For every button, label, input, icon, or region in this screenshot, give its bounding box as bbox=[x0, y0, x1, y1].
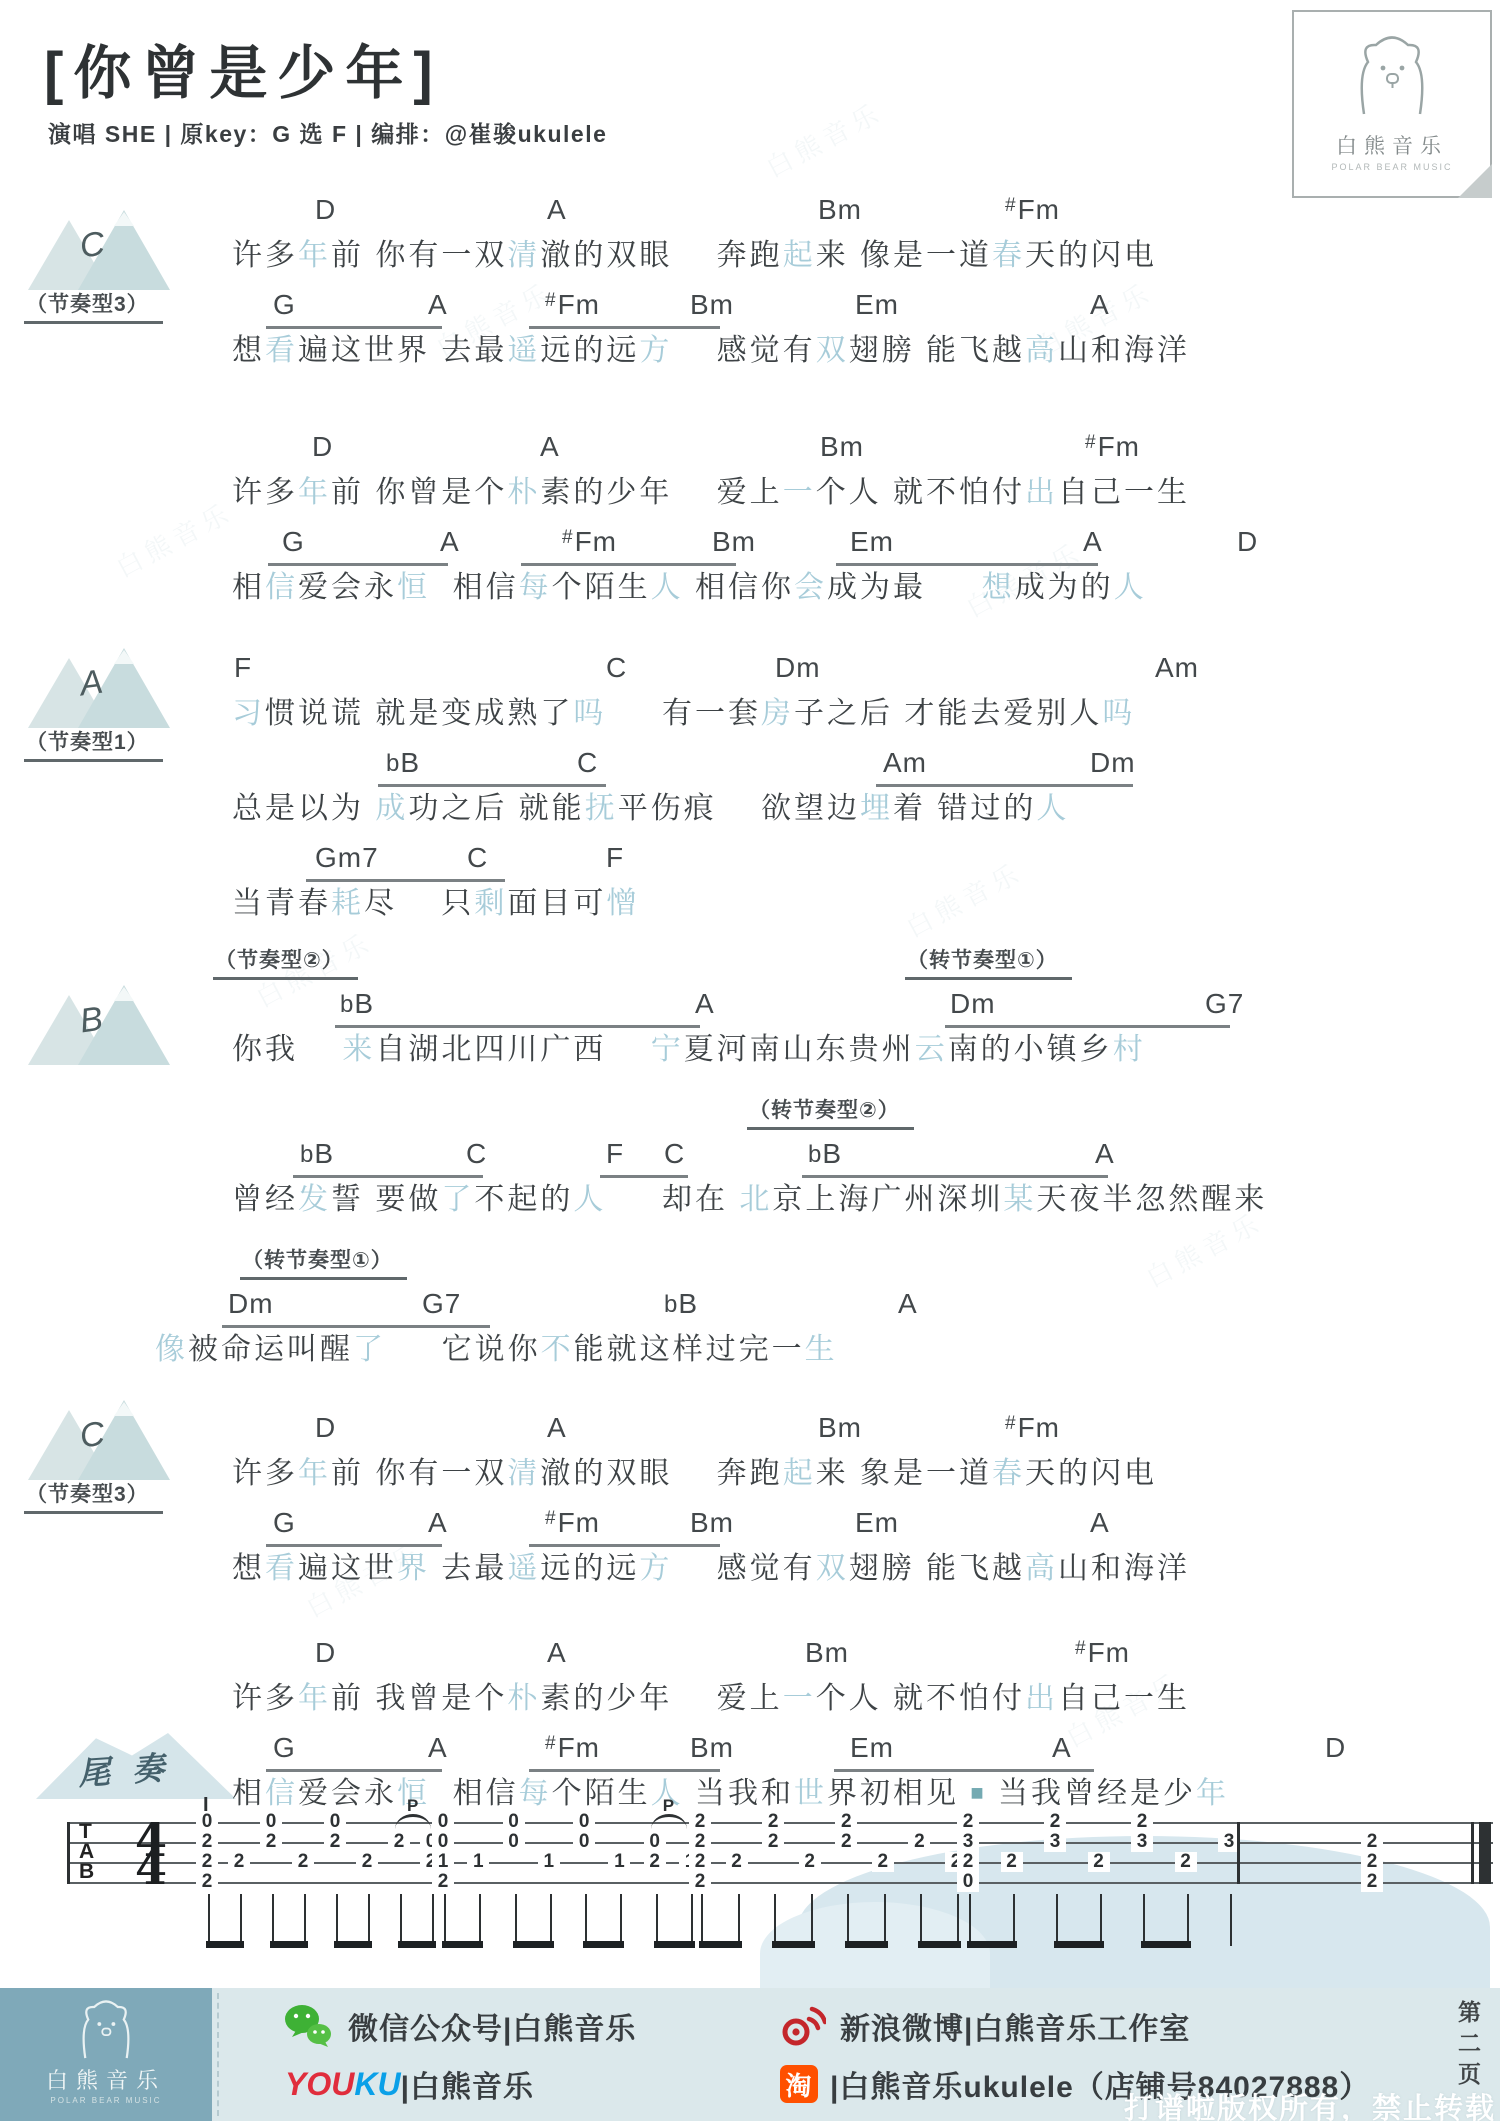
tab-staff-line bbox=[67, 1882, 1493, 1884]
chord-label: Gm7 bbox=[315, 844, 379, 872]
youku-label: |白熊音乐 bbox=[401, 2062, 534, 2106]
note-beam bbox=[398, 1941, 436, 1948]
chord-label: Bm bbox=[690, 1509, 734, 1537]
mountain-snowcap bbox=[114, 987, 134, 1001]
chord-underline bbox=[306, 879, 505, 882]
tab-final-bar-thick bbox=[1479, 1822, 1491, 1884]
tab-fret-number: 2 bbox=[196, 1832, 218, 1852]
tab-fret-number: 0 bbox=[957, 1872, 979, 1892]
chord-label: A bbox=[547, 1414, 567, 1442]
copyright-watermark: 打谱啦版权所有，禁止转载 bbox=[1124, 2086, 1496, 2121]
chord-underline bbox=[222, 1325, 490, 1328]
note-beam bbox=[442, 1941, 483, 1948]
tab-fret-number: 2 bbox=[196, 1872, 218, 1892]
chord-label: #Fm bbox=[1075, 1639, 1130, 1667]
chord-underline bbox=[834, 1769, 1094, 1772]
section-letter: C bbox=[77, 224, 107, 266]
note-stem bbox=[432, 1894, 434, 1946]
tab-fret-number: 2 bbox=[835, 1812, 857, 1832]
tab-fret-number: 2 bbox=[957, 1812, 979, 1832]
note-stem bbox=[656, 1894, 658, 1946]
note-stem bbox=[479, 1894, 481, 1946]
youku-row: YOUKU |白熊音乐 bbox=[285, 2060, 534, 2108]
lyric-line: 相信爱会永恒 相信每个陌生人 相信你会成为最 想成为的人 bbox=[232, 570, 1147, 606]
section-letter: B bbox=[77, 1000, 105, 1042]
tab-fret-number: 2 bbox=[228, 1852, 250, 1872]
chord-label: #Fm bbox=[545, 1509, 600, 1537]
chord-label: F bbox=[606, 844, 624, 872]
note-stem bbox=[774, 1894, 776, 1946]
chord-label: Am bbox=[1155, 654, 1199, 682]
chord-label: A bbox=[440, 528, 460, 556]
chord-underline bbox=[529, 1769, 720, 1772]
chord-label: #Fm bbox=[1005, 1414, 1060, 1442]
outro-badge: 尾奏 bbox=[36, 1733, 236, 1799]
ukulele-tab-staff: TAB44I0222202202220200121001001021222222… bbox=[67, 1822, 1493, 1952]
note-stem bbox=[811, 1894, 813, 1946]
chord-label: Em bbox=[855, 1509, 899, 1537]
tab-fret-number: 0 bbox=[196, 1812, 218, 1832]
tab-bar-line bbox=[1237, 1822, 1240, 1884]
chord-label: F bbox=[606, 1140, 624, 1168]
note-stem bbox=[444, 1894, 446, 1946]
section-badge: C bbox=[28, 1400, 170, 1480]
section-badge: B bbox=[28, 985, 170, 1065]
tab-fret-number: 2 bbox=[726, 1852, 748, 1872]
tab-fret-number: 2 bbox=[689, 1832, 711, 1852]
footer-brand-sub: POLAR BEAR MUSIC bbox=[0, 2096, 212, 2105]
tab-fret-number: 2 bbox=[872, 1852, 894, 1872]
chord-underline bbox=[876, 784, 1133, 787]
tab-fret-number: 2 bbox=[908, 1832, 930, 1852]
section-letter: A bbox=[77, 663, 105, 705]
chord-underline bbox=[521, 563, 736, 566]
polar-bear-icon bbox=[66, 1990, 146, 2064]
background-watermark: 白熊音乐 bbox=[899, 852, 1029, 945]
time-signature: 4 bbox=[135, 1845, 167, 1891]
note-beam bbox=[1141, 1941, 1191, 1948]
chord-underline bbox=[266, 1769, 442, 1772]
note-beam bbox=[845, 1941, 888, 1948]
note-beam bbox=[918, 1941, 961, 1948]
section-badge: A bbox=[28, 648, 170, 728]
tab-fret-number: 1 bbox=[467, 1852, 489, 1872]
tab-clef-letter: A bbox=[79, 1842, 94, 1862]
tab-fret-number: 0 bbox=[432, 1812, 454, 1832]
lyric-line: 当青春耗尽 只剩面目可憎 bbox=[232, 886, 639, 922]
note-stem bbox=[847, 1894, 849, 1946]
weibo-row: 新浪微博|白熊音乐工作室 bbox=[778, 2002, 1190, 2050]
lyric-line: 你我 来自湖北四川广西 宁夏河南山东贵州云南的小镇乡村 bbox=[232, 1032, 1146, 1068]
lyric-line: 想看遍这世界 去最遥远的远方 感觉有双翅膀 能飞越高山和海洋 bbox=[232, 333, 1190, 369]
note-beam bbox=[206, 1941, 244, 1948]
note-beam bbox=[699, 1941, 742, 1948]
tab-bar-line bbox=[67, 1822, 70, 1884]
footer-divider bbox=[217, 1993, 219, 2116]
slur-arc bbox=[395, 1814, 431, 1829]
background-watermark: 白熊音乐 bbox=[759, 92, 889, 185]
mountain-snowcap bbox=[114, 650, 134, 664]
folded-corner bbox=[1458, 164, 1492, 198]
footer-brand-box: 白熊音乐 POLAR BEAR MUSIC bbox=[0, 1988, 212, 2121]
tab-fret-number: 2 bbox=[644, 1852, 666, 1872]
mountain-snowcap bbox=[114, 1402, 134, 1416]
song-title: [你曾是少年] bbox=[44, 26, 443, 110]
chord-label: Bm bbox=[690, 1734, 734, 1762]
chord-label: A bbox=[1052, 1734, 1072, 1762]
chord-label: D bbox=[1325, 1734, 1346, 1762]
chord-label: A bbox=[695, 990, 715, 1018]
tab-fret-number: 2 bbox=[1044, 1812, 1066, 1832]
lyric-line: 想看遍这世界 去最遥远的远方 感觉有双翅膀 能飞越高山和海洋 bbox=[232, 1551, 1190, 1587]
tab-fret-number: 2 bbox=[324, 1832, 346, 1852]
lyric-line: 习惯说谎 就是变成熟了吗 有一套房子之后 才能去爱别人吗 bbox=[232, 696, 1135, 732]
chord-label: Dm bbox=[228, 1290, 274, 1318]
note-beam bbox=[334, 1941, 372, 1948]
chord-label: A bbox=[547, 196, 567, 224]
wechat-row: 微信公众号|白熊音乐 bbox=[282, 2002, 636, 2050]
note-stem bbox=[515, 1894, 517, 1946]
tab-fret-number: 1 bbox=[432, 1852, 454, 1872]
rhythm-pattern-label: （转节奏型①） bbox=[240, 1244, 407, 1280]
chord-label: bB bbox=[300, 1140, 334, 1168]
chord-label: D bbox=[315, 196, 336, 224]
chord-underline bbox=[266, 1544, 442, 1547]
chord-underline bbox=[266, 326, 442, 329]
section-badge: C bbox=[28, 210, 170, 290]
tab-fret-number: 2 bbox=[689, 1852, 711, 1872]
tab-fret-number: 2 bbox=[1361, 1852, 1383, 1872]
chord-label: bB bbox=[808, 1140, 842, 1168]
chord-label: A bbox=[428, 1734, 448, 1762]
tab-fret-number: 2 bbox=[689, 1812, 711, 1832]
brand-name: 白熊音乐 bbox=[1294, 130, 1490, 160]
chord-label: A bbox=[1090, 291, 1110, 319]
tab-fret-number: 0 bbox=[573, 1832, 595, 1852]
chord-label: bB bbox=[664, 1290, 698, 1318]
rhythm-pattern-label: （节奏型1） bbox=[24, 726, 163, 762]
tab-fret-number: 2 bbox=[1088, 1852, 1110, 1872]
chord-label: C bbox=[577, 749, 598, 777]
note-stem bbox=[368, 1894, 370, 1946]
chord-label: A bbox=[540, 433, 560, 461]
tab-clef-letter: B bbox=[79, 1862, 94, 1882]
rhythm-pattern-label: （转节奏型①） bbox=[905, 944, 1072, 980]
note-stem bbox=[920, 1894, 922, 1946]
pulloff-mark: P bbox=[663, 1796, 674, 1816]
chord-label: Am bbox=[883, 749, 927, 777]
chord-label: #Fm bbox=[1005, 196, 1060, 224]
rhythm-pattern-label: （节奏型3） bbox=[24, 288, 163, 324]
chord-label: Bm bbox=[818, 196, 862, 224]
tab-fret-number: 2 bbox=[1131, 1812, 1153, 1832]
chord-label: Dm bbox=[775, 654, 821, 682]
tab-fret-number: 1 bbox=[608, 1852, 630, 1872]
chord-underline bbox=[600, 1175, 688, 1178]
tab-fret-number: 2 bbox=[1361, 1832, 1383, 1852]
chord-label: Bm bbox=[820, 433, 864, 461]
note-stem bbox=[738, 1894, 740, 1946]
tab-fret-number: 0 bbox=[503, 1832, 525, 1852]
tab-fret-number: 2 bbox=[1175, 1852, 1197, 1872]
chord-label: Em bbox=[855, 291, 899, 319]
tab-fret-number: 2 bbox=[432, 1872, 454, 1892]
note-stem bbox=[701, 1894, 703, 1946]
tab-final-bar-thin bbox=[1471, 1822, 1474, 1884]
lyric-line: 许多年前 你有一双清澈的双眼 奔跑起来 像是一道春天的闪电 bbox=[232, 238, 1157, 274]
chord-label: D bbox=[315, 1639, 336, 1667]
tab-fret-number: 0 bbox=[644, 1832, 666, 1852]
chord-label: #Fm bbox=[562, 528, 617, 556]
section-letter: C bbox=[77, 1414, 107, 1456]
lyric-line: 许多年前 你有一双清澈的双眼 奔跑起来 象是一道春天的闪电 bbox=[232, 1456, 1157, 1492]
chord-label: #Fm bbox=[1085, 433, 1140, 461]
note-stem bbox=[272, 1894, 274, 1946]
note-stem bbox=[1013, 1894, 1015, 1946]
tab-fret-number: 2 bbox=[762, 1832, 784, 1852]
tab-fret-number: 3 bbox=[1044, 1832, 1066, 1852]
tab-fret-number: 2 bbox=[196, 1852, 218, 1872]
note-stem bbox=[550, 1894, 552, 1946]
note-beam bbox=[967, 1941, 1017, 1948]
chord-underline bbox=[335, 1025, 700, 1028]
chord-label: C bbox=[606, 654, 627, 682]
chord-label: Bm bbox=[690, 291, 734, 319]
tab-fret-number: 0 bbox=[573, 1812, 595, 1832]
chord-label: Bm bbox=[805, 1639, 849, 1667]
chord-label: G bbox=[273, 291, 296, 319]
note-stem bbox=[585, 1894, 587, 1946]
wechat-icon bbox=[282, 2003, 334, 2049]
rhythm-pattern-label: （节奏型②） bbox=[213, 944, 358, 980]
weibo-label: 新浪微博|白熊音乐工作室 bbox=[840, 2004, 1190, 2048]
note-beam bbox=[1054, 1941, 1104, 1948]
polar-bear-icon bbox=[1342, 22, 1442, 122]
tab-fret-number: 0 bbox=[324, 1812, 346, 1832]
lyric-line: 曾经发誓 要做了不起的人 却在 北京上海广州深圳某天夜半忽然醒来 bbox=[232, 1182, 1267, 1218]
note-stem bbox=[336, 1894, 338, 1946]
lyric-line: 总是以为 成功之后 就能抚平伤痕 欲望边埋着 错过的人 bbox=[232, 791, 1069, 827]
chord-label: C bbox=[466, 1140, 487, 1168]
mountain-snowcap bbox=[114, 212, 134, 226]
background-watermark: 白熊音乐 bbox=[109, 492, 239, 585]
chord-label: A bbox=[1095, 1140, 1115, 1168]
tab-fret-number: 2 bbox=[1361, 1872, 1383, 1892]
chord-label: D bbox=[315, 1414, 336, 1442]
lyric-line: 相信爱会永恒 相信每个陌生人 当我和世界初相见 ■ 当我曾经是少年 bbox=[232, 1776, 1229, 1812]
tab-fret-number: 2 bbox=[799, 1852, 821, 1872]
note-stem bbox=[969, 1894, 971, 1946]
tab-fret-number: 0 bbox=[503, 1812, 525, 1832]
chord-underline bbox=[802, 1175, 1108, 1178]
chord-underline bbox=[268, 563, 448, 566]
tab-fret-number: 2 bbox=[260, 1832, 282, 1852]
note-beam bbox=[583, 1941, 624, 1948]
tab-fret-number: 2 bbox=[689, 1872, 711, 1892]
chord-label: bB bbox=[386, 749, 420, 777]
note-stem bbox=[884, 1894, 886, 1946]
tab-fret-number: 2 bbox=[388, 1832, 410, 1852]
chord-label: G bbox=[282, 528, 305, 556]
brand-note-card: 白熊音乐 POLAR BEAR MUSIC bbox=[1292, 10, 1492, 198]
tab-staff-line bbox=[67, 1862, 1493, 1864]
chord-label: D bbox=[1237, 528, 1258, 556]
chord-label: G7 bbox=[422, 1290, 461, 1318]
chord-label: A bbox=[1090, 1509, 1110, 1537]
note-stem bbox=[208, 1894, 210, 1946]
chord-underline bbox=[378, 784, 606, 787]
chord-label: A bbox=[547, 1639, 567, 1667]
song-credits: 演唱 SHE | 原key：G 选 F | 编排：@崔骏ukulele bbox=[48, 116, 607, 149]
chord-label: G bbox=[273, 1734, 296, 1762]
chord-label: A bbox=[428, 291, 448, 319]
wechat-label: 微信公众号|白熊音乐 bbox=[348, 2004, 636, 2048]
chord-label: #Fm bbox=[545, 1734, 600, 1762]
outro-label: 尾奏 bbox=[77, 1741, 188, 1794]
lyric-line: 像被命运叫醒了 它说你不能就这样过完一生 bbox=[155, 1332, 838, 1368]
tab-fret-number: 2 bbox=[292, 1852, 314, 1872]
chord-underline bbox=[529, 326, 720, 329]
chord-label: G7 bbox=[1205, 990, 1244, 1018]
youku-logo: YOUKU bbox=[285, 2066, 401, 2103]
note-beam bbox=[772, 1941, 815, 1948]
lyric-line: 许多年前 我曾是个朴素的少年 爱上一个人 就不怕付出自己一生 bbox=[232, 1681, 1190, 1717]
chord-underline bbox=[836, 563, 1098, 566]
chord-label: Bm bbox=[712, 528, 756, 556]
tab-fret-number: 2 bbox=[1001, 1852, 1023, 1872]
slur-arc bbox=[651, 1814, 687, 1829]
tab-fret-number: 2 bbox=[762, 1812, 784, 1832]
tab-fret-number: 1 bbox=[538, 1852, 560, 1872]
chord-label: C bbox=[467, 844, 488, 872]
chord-label: Em bbox=[850, 528, 894, 556]
chord-label: A bbox=[1083, 528, 1103, 556]
tab-fret-number: 0 bbox=[260, 1812, 282, 1832]
note-stem bbox=[1100, 1894, 1102, 1946]
footer-brand-name: 白熊音乐 bbox=[0, 2064, 212, 2095]
weibo-icon bbox=[778, 2003, 826, 2049]
note-stem bbox=[1056, 1894, 1058, 1946]
chord-label: F bbox=[234, 654, 252, 682]
note-stem bbox=[240, 1894, 242, 1946]
pulloff-mark: P bbox=[407, 1796, 418, 1816]
chord-underline bbox=[529, 1544, 720, 1547]
chord-label: A bbox=[428, 1509, 448, 1537]
note-stem bbox=[691, 1894, 693, 1946]
note-stem bbox=[1187, 1894, 1189, 1946]
note-beam bbox=[513, 1941, 554, 1948]
chord-label: Bm bbox=[818, 1414, 862, 1442]
chord-label: Dm bbox=[950, 990, 996, 1018]
chord-label: #Fm bbox=[545, 291, 600, 319]
note-stem bbox=[1143, 1894, 1145, 1946]
note-stem bbox=[620, 1894, 622, 1946]
chord-label: A bbox=[898, 1290, 918, 1318]
tab-clef-letter: T bbox=[79, 1822, 92, 1842]
tab-fret-number: 3 bbox=[1131, 1832, 1153, 1852]
taobao-icon: 淘 bbox=[780, 2065, 818, 2103]
rhythm-pattern-label: （节奏型3） bbox=[24, 1478, 163, 1514]
chord-label: Em bbox=[850, 1734, 894, 1762]
tab-fret-number: 0 bbox=[432, 1832, 454, 1852]
tab-fret-number: 2 bbox=[957, 1852, 979, 1872]
chord-label: Dm bbox=[1090, 749, 1136, 777]
note-beam bbox=[654, 1941, 695, 1948]
chord-label: D bbox=[312, 433, 333, 461]
note-beam bbox=[270, 1941, 308, 1948]
tab-fret-number: 3 bbox=[957, 1832, 979, 1852]
rhythm-pattern-label: （转节奏型②） bbox=[747, 1094, 914, 1130]
chord-underline bbox=[293, 1175, 483, 1178]
chord-label: C bbox=[664, 1140, 685, 1168]
chord-underline bbox=[945, 1025, 1230, 1028]
tab-fret-number: 2 bbox=[356, 1852, 378, 1872]
note-stem bbox=[400, 1894, 402, 1946]
chord-label: bB bbox=[340, 990, 374, 1018]
lyric-line: 许多年前 你曾是个朴素的少年 爱上一个人 就不怕付出自己一生 bbox=[232, 475, 1190, 511]
note-stem bbox=[957, 1894, 959, 1946]
note-stem bbox=[1230, 1894, 1232, 1946]
chord-label: G bbox=[273, 1509, 296, 1537]
note-stem bbox=[304, 1894, 306, 1946]
tab-fret-number: 2 bbox=[835, 1832, 857, 1852]
sheet-music-page: [你曾是少年] 演唱 SHE | 原key：G 选 F | 编排：@崔骏ukul… bbox=[0, 0, 1500, 2121]
